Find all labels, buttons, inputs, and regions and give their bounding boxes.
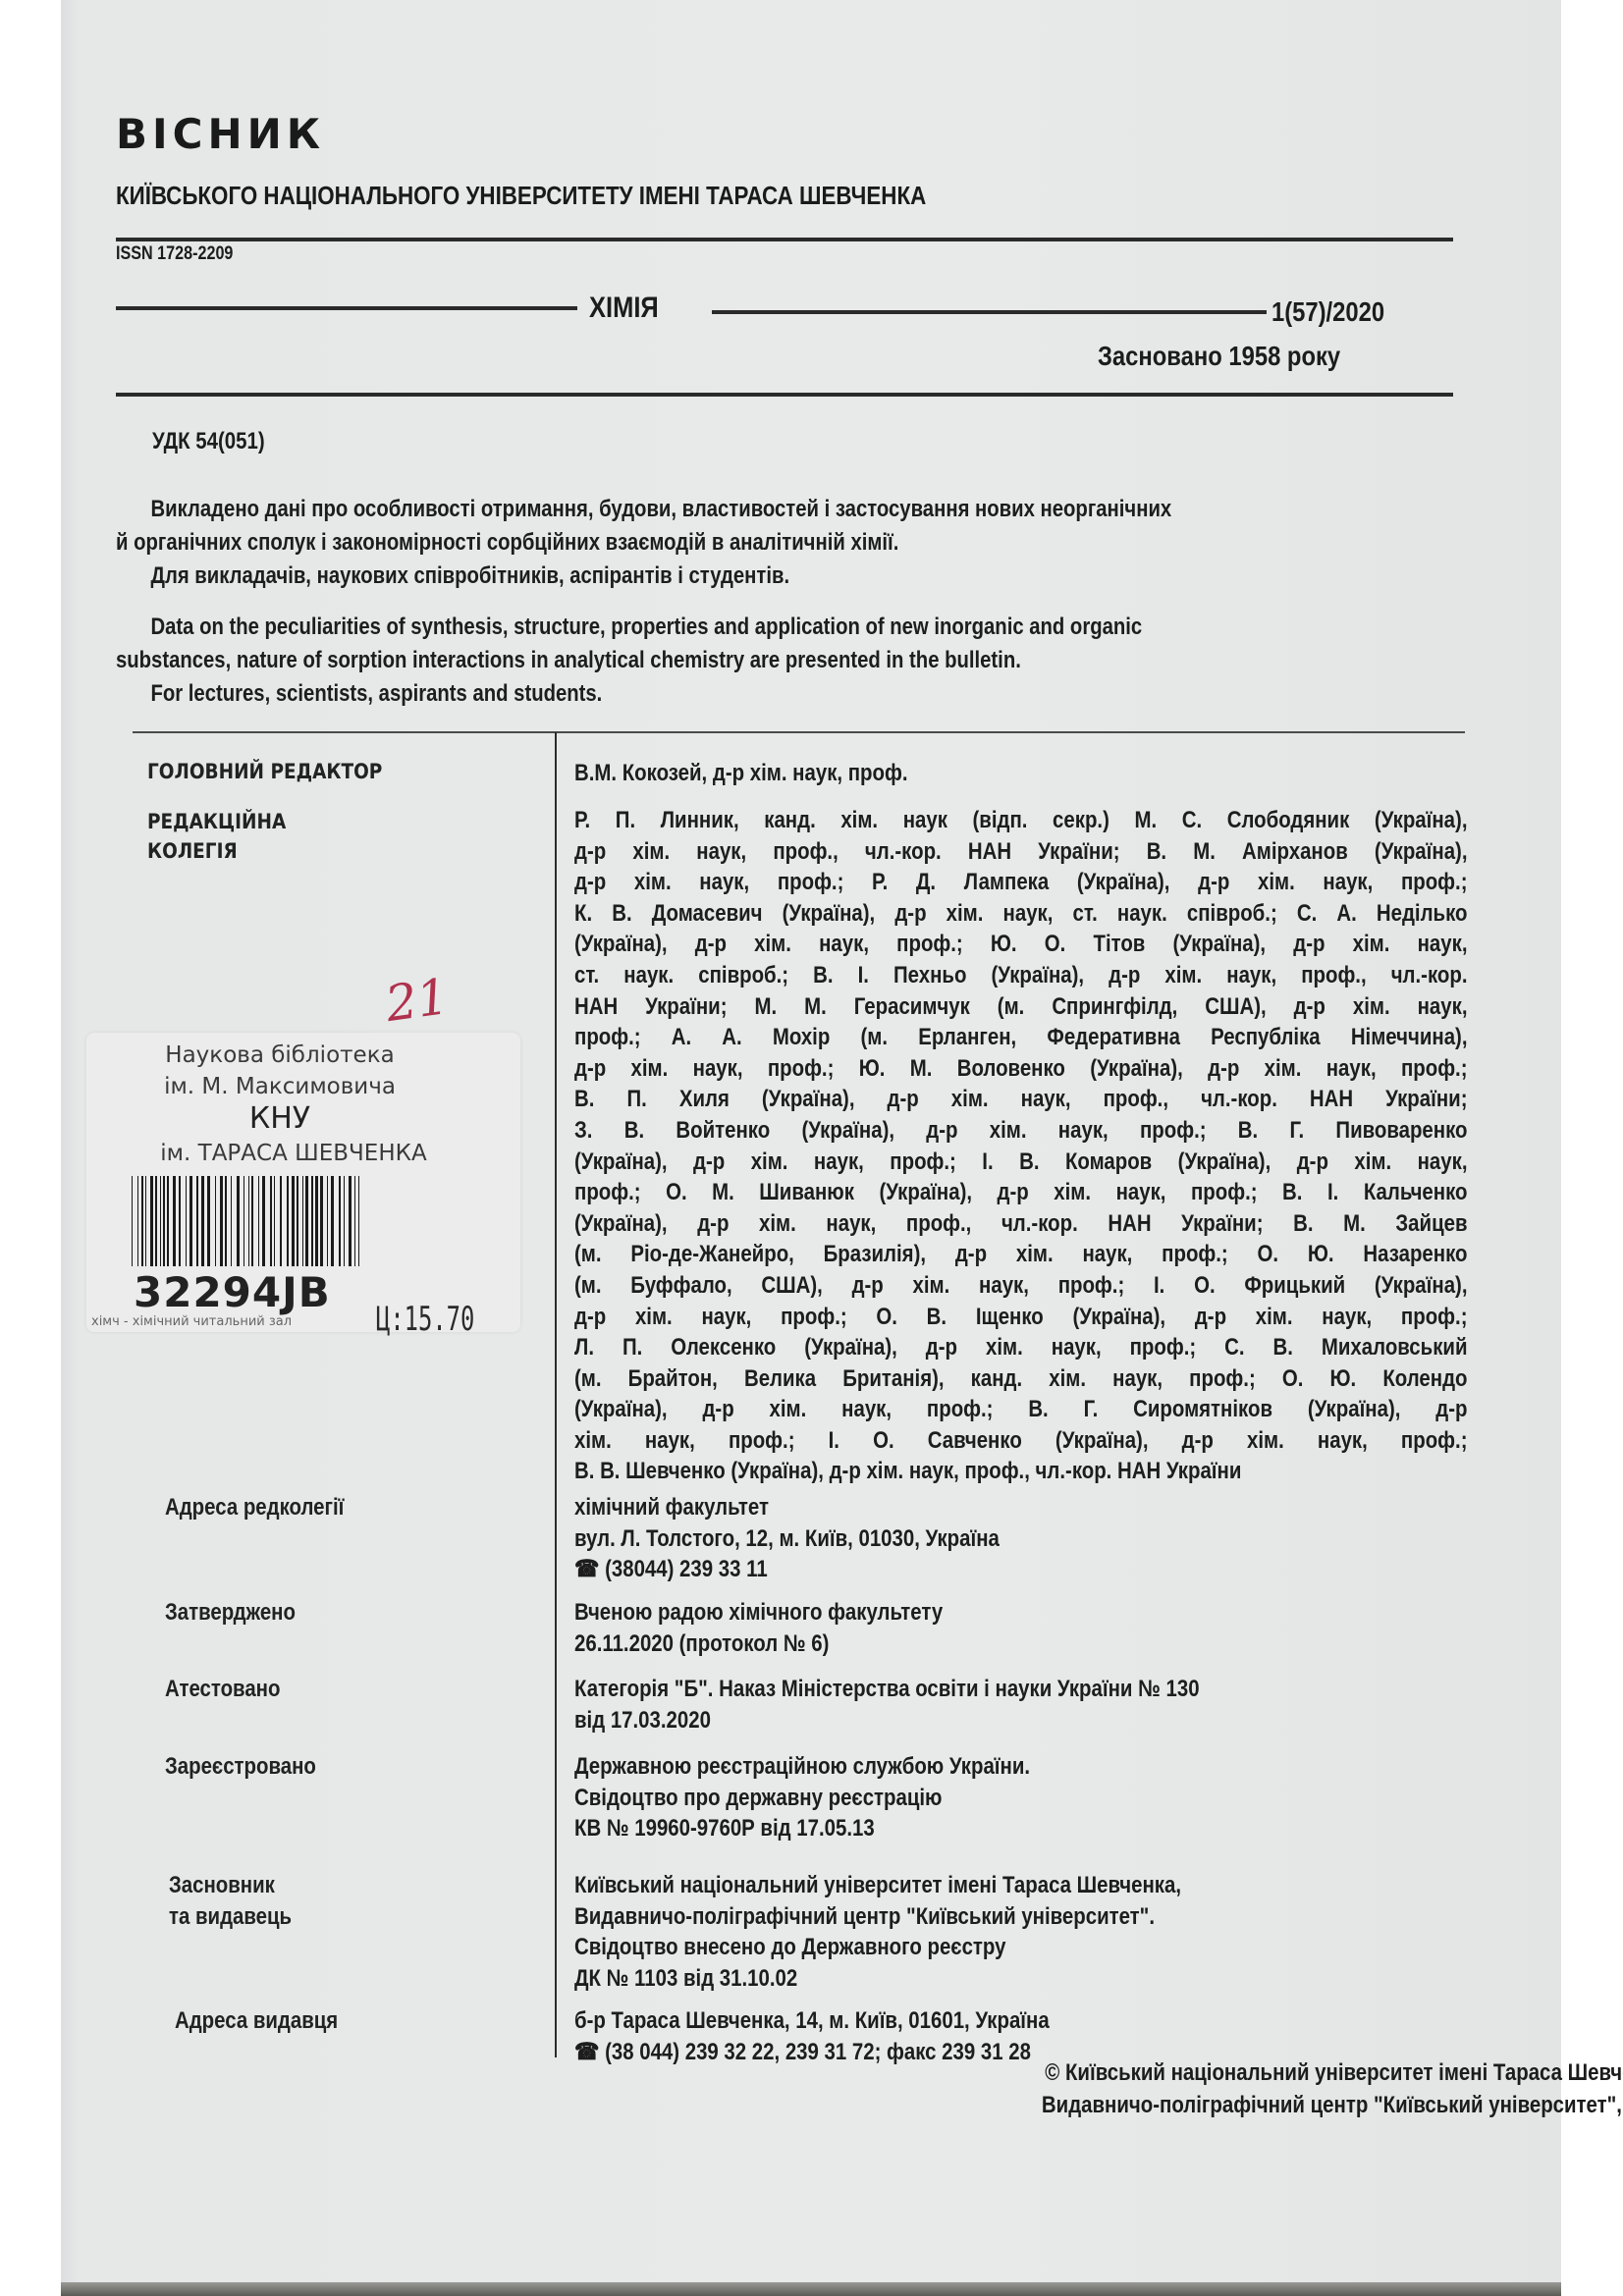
section-rule-right bbox=[712, 310, 1267, 314]
barcode-bar bbox=[251, 1176, 253, 1266]
attested-label: Атестовано bbox=[165, 1674, 280, 1705]
barcode-bar bbox=[173, 1176, 176, 1266]
editorial-board-line: (м. Ріо-де-Жанейро, Бразилія), д-р хім. … bbox=[574, 1239, 1468, 1270]
editorial-board-label-line: РЕДАКЦІЙНА bbox=[147, 807, 286, 836]
barcode-bar bbox=[179, 1176, 181, 1266]
barcode-bar bbox=[237, 1176, 240, 1266]
editorial-board-line: (м. Брайтон, Велика Британія), канд. хім… bbox=[574, 1363, 1468, 1395]
barcode-bar bbox=[243, 1176, 244, 1266]
editorial-rule bbox=[133, 731, 1465, 733]
journal-title: ВІСНИК bbox=[116, 110, 325, 158]
editorial-board-line: (Україна), д-р хім. наук, проф.; Ю. О. Т… bbox=[574, 929, 1468, 960]
barcode-bar bbox=[248, 1176, 249, 1266]
section-rule-left bbox=[116, 306, 577, 310]
editorial-address-label: Адреса редколегії bbox=[165, 1492, 344, 1523]
editorial-board-line: В. В. Шевченко (Україна), д-р хім. наук,… bbox=[574, 1456, 1468, 1487]
address-line: хімічний факультет bbox=[574, 1492, 1000, 1523]
masthead-rule-top bbox=[116, 238, 1453, 241]
udk-code: УДК 54(051) bbox=[152, 428, 265, 455]
page-bottom-edge bbox=[61, 2282, 1561, 2296]
abstract-ua-line: Викладено дані про особливості отримання… bbox=[116, 493, 1443, 526]
barcode-bar bbox=[331, 1176, 334, 1266]
founded-year: Засновано 1958 року bbox=[1098, 341, 1340, 372]
editorial-board-line: Л. П. Олексенко (Україна), д-р хім. наук… bbox=[574, 1332, 1468, 1363]
barcode-bar bbox=[344, 1176, 345, 1266]
registered-line: Свідоцтво про державну реєстрацію bbox=[574, 1783, 1030, 1814]
stamp-reading-room: хімч - хімічний читальний зал bbox=[91, 1314, 292, 1329]
founder-label-line: та видавець bbox=[169, 1901, 292, 1933]
barcode-bar bbox=[311, 1176, 313, 1266]
editorial-board-line: К. В. Домасевич (Україна), д-р хім. наук… bbox=[574, 898, 1468, 930]
barcode-bar bbox=[189, 1176, 192, 1266]
barcode-bar bbox=[302, 1176, 303, 1266]
stamp-barcode-id: 32294JB bbox=[134, 1268, 331, 1316]
chief-editor-name: В.М. Кокозей, д-р хім. наук, проф. bbox=[574, 758, 908, 789]
founder-label: Засновник та видавець bbox=[169, 1870, 292, 1933]
barcode-bar bbox=[225, 1176, 227, 1266]
registered-line: КВ № 19960-9760Р від 17.05.13 bbox=[574, 1813, 1030, 1844]
registered-line: Державною реєстраційною службою України. bbox=[574, 1751, 1030, 1783]
column-divider bbox=[555, 732, 557, 2057]
editorial-board-line: д-р хім. наук, проф.; О. В. Іщенко (Укра… bbox=[574, 1302, 1468, 1333]
registered-value: Державною реєстраційною службою України.… bbox=[574, 1751, 1030, 1844]
abstract-en-line: Data on the peculiarities of synthesis, … bbox=[116, 611, 1443, 644]
registered-label: Зареєстровано bbox=[165, 1751, 316, 1783]
stamp-price: Ц:15.70 bbox=[376, 1300, 474, 1339]
editorial-board-line: проф.; О. М. Шиванюк (Україна), д-р хім.… bbox=[574, 1177, 1468, 1208]
phone-icon: ☎ (38044) 239 33 11 bbox=[574, 1556, 768, 1582]
editorial-board-line: хім. наук, проф.; І. О. Савченко (Україн… bbox=[574, 1425, 1468, 1457]
founder-line: Видавничо-поліграфічний центр "Київський… bbox=[574, 1901, 1181, 1933]
editorial-board-line: (Україна), д-р хім. наук, проф.; І. В. К… bbox=[574, 1147, 1468, 1178]
founder-value: Київський національний університет імені… bbox=[574, 1870, 1181, 1994]
attested-line: від 17.03.2020 bbox=[574, 1705, 1200, 1736]
library-stamp: Наукова бібліотека ім. М. Максимовича КН… bbox=[86, 1033, 520, 1332]
issue-number: 1(57)/2020 bbox=[1271, 296, 1384, 328]
barcode-bar bbox=[132, 1176, 133, 1266]
barcode-bar bbox=[305, 1176, 308, 1266]
barcode-bar bbox=[150, 1176, 153, 1266]
abstract-en-audience: For lectures, scientists, aspirants and … bbox=[116, 677, 1443, 711]
publisher-address-line: б-р Тараса Шевченка, 14, м. Київ, 01601,… bbox=[574, 2005, 1050, 2037]
editorial-board-line: З. В. Войтенко (Україна), д-р хім. наук,… bbox=[574, 1115, 1468, 1147]
stamp-university-abbr: КНУ bbox=[63, 1101, 497, 1136]
abstract-ua-audience: Для викладачів, наукових співробітників,… bbox=[116, 560, 1443, 593]
editorial-board-line: проф.; А. А. Мохір (м. Ерланген, Федерат… bbox=[574, 1022, 1468, 1053]
attested-line: Категорія "Б". Наказ Міністерства освіти… bbox=[574, 1674, 1200, 1705]
barcode-bar bbox=[327, 1176, 328, 1266]
handwritten-number: 21 bbox=[382, 968, 452, 1033]
barcode-bar bbox=[163, 1176, 165, 1266]
approved-label: Затверджено bbox=[165, 1597, 296, 1629]
abstract-english: Data on the peculiarities of synthesis, … bbox=[116, 611, 1443, 711]
section-title: ХІМІЯ bbox=[589, 292, 659, 325]
founder-label-line: Засновник bbox=[169, 1870, 292, 1901]
barcode-bar bbox=[258, 1176, 259, 1266]
barcode-bar bbox=[270, 1176, 272, 1266]
approved-line: 26.11.2020 (протокол № 6) bbox=[574, 1629, 943, 1660]
chief-editor-label: ГОЛОВНИЙ РЕДАКТОР bbox=[147, 756, 382, 787]
barcode-bar bbox=[167, 1176, 169, 1266]
barcode-bar bbox=[196, 1176, 198, 1266]
abstract-ua-line: й органічних сполук і закономірності сор… bbox=[116, 526, 1443, 560]
barcode-bar bbox=[160, 1176, 161, 1266]
editorial-board-line: (м. Буффало, США), д-р хім. наук, проф.;… bbox=[574, 1270, 1468, 1302]
attested-value: Категорія "Б". Наказ Міністерства освіти… bbox=[574, 1674, 1200, 1735]
editorial-board-line: д-р хім. наук, проф.; Р. Д. Лампека (Укр… bbox=[574, 867, 1468, 898]
barcode-bar bbox=[297, 1176, 298, 1266]
barcode-bar bbox=[186, 1176, 187, 1266]
journal-subtitle: КИЇВСЬКОГО НАЦІОНАЛЬНОГО УНІВЕРСИТЕТУ ІМ… bbox=[116, 181, 926, 211]
editorial-board-line: НАН України; М. М. Герасимчук (м. Спринг… bbox=[574, 991, 1468, 1023]
approved-value: Вченою радою хімічного факультету 26.11.… bbox=[574, 1597, 943, 1659]
barcode-bar bbox=[287, 1176, 289, 1266]
barcode-bar bbox=[155, 1176, 157, 1266]
barcode-bar bbox=[262, 1176, 265, 1266]
editorial-board-line: д-р хім. наук, проф.; Ю. М. Воловенко (У… bbox=[574, 1053, 1468, 1085]
barcode-bar bbox=[201, 1176, 204, 1266]
copyright-line: © Київський національний університет іме… bbox=[671, 2056, 1623, 2089]
founder-line: Київський національний університет імені… bbox=[574, 1870, 1181, 1901]
barcode-bar bbox=[145, 1176, 146, 1266]
editorial-board-line: В. П. Хиля (Україна), д-р хім. наук, про… bbox=[574, 1084, 1468, 1115]
editorial-board-line: д-р хім. наук, проф., чл.-кор. НАН Украї… bbox=[574, 836, 1468, 868]
publisher-address-label: Адреса видавця bbox=[175, 2005, 338, 2037]
address-line: вул. Л. Толстого, 12, м. Київ, 01030, Ук… bbox=[574, 1523, 1000, 1555]
barcode-bar bbox=[280, 1176, 282, 1266]
barcode-bar bbox=[220, 1176, 223, 1266]
phone-line: ☎ (38044) 239 33 11 bbox=[574, 1554, 1000, 1585]
founder-line: ДК № 1103 від 31.10.02 bbox=[574, 1963, 1181, 1995]
editorial-address: хімічний факультет вул. Л. Толстого, 12,… bbox=[574, 1492, 1000, 1585]
barcode-bar bbox=[358, 1176, 359, 1266]
issn: ISSN 1728-2209 bbox=[116, 243, 233, 265]
stamp-library-name: Наукова бібліотека bbox=[63, 1042, 497, 1068]
editorial-board-line: (Україна), д-р хім. наук, проф.; В. Г. С… bbox=[574, 1394, 1468, 1425]
barcode-bar bbox=[339, 1176, 341, 1266]
abstract-ukrainian: Викладено дані про особливості отримання… bbox=[116, 493, 1443, 593]
editorial-board-line: ст. наук. співроб.; В. І. Пехньо (Україн… bbox=[574, 960, 1468, 991]
barcode-bar bbox=[274, 1176, 275, 1266]
barcode-bar bbox=[207, 1176, 210, 1266]
editorial-board-label-line: КОЛЕГІЯ bbox=[147, 836, 286, 866]
barcode-bar bbox=[320, 1176, 323, 1266]
editorial-board-line: Р. П. Линник, канд. хім. наук (відп. сек… bbox=[574, 805, 1468, 836]
barcode bbox=[132, 1176, 364, 1266]
approved-line: Вченою радою хімічного факультету bbox=[574, 1597, 943, 1629]
barcode-bar bbox=[231, 1176, 232, 1266]
barcode-bar bbox=[349, 1176, 352, 1266]
founder-line: Свідоцтво внесено до Державного реєстру bbox=[574, 1932, 1181, 1963]
editorial-board-members: Р. П. Линник, канд. хім. наук (відп. сек… bbox=[574, 805, 1468, 1487]
barcode-bar bbox=[137, 1176, 138, 1266]
editorial-board-label: РЕДАКЦІЙНА КОЛЕГІЯ bbox=[147, 807, 286, 866]
barcode-bar bbox=[215, 1176, 216, 1266]
abstract-en-line: substances, nature of sorption interacti… bbox=[116, 644, 1443, 677]
copyright-line: Видавничо-поліграфічний центр "Київський… bbox=[671, 2089, 1623, 2121]
barcode-bar bbox=[141, 1176, 143, 1266]
editorial-board-line: (Україна), д-р хім. наук, проф., чл.-кор… bbox=[574, 1208, 1468, 1240]
barcode-bar bbox=[315, 1176, 318, 1266]
masthead-rule-bottom bbox=[116, 393, 1453, 397]
copyright: © Київський національний університет іме… bbox=[671, 2056, 1623, 2121]
stamp-library-patron: ім. М. Максимовича bbox=[63, 1074, 497, 1099]
stamp-university-name: ім. ТАРАСА ШЕВЧЕНКА bbox=[77, 1141, 511, 1166]
barcode-bar bbox=[354, 1176, 355, 1266]
barcode-bar bbox=[292, 1176, 295, 1266]
